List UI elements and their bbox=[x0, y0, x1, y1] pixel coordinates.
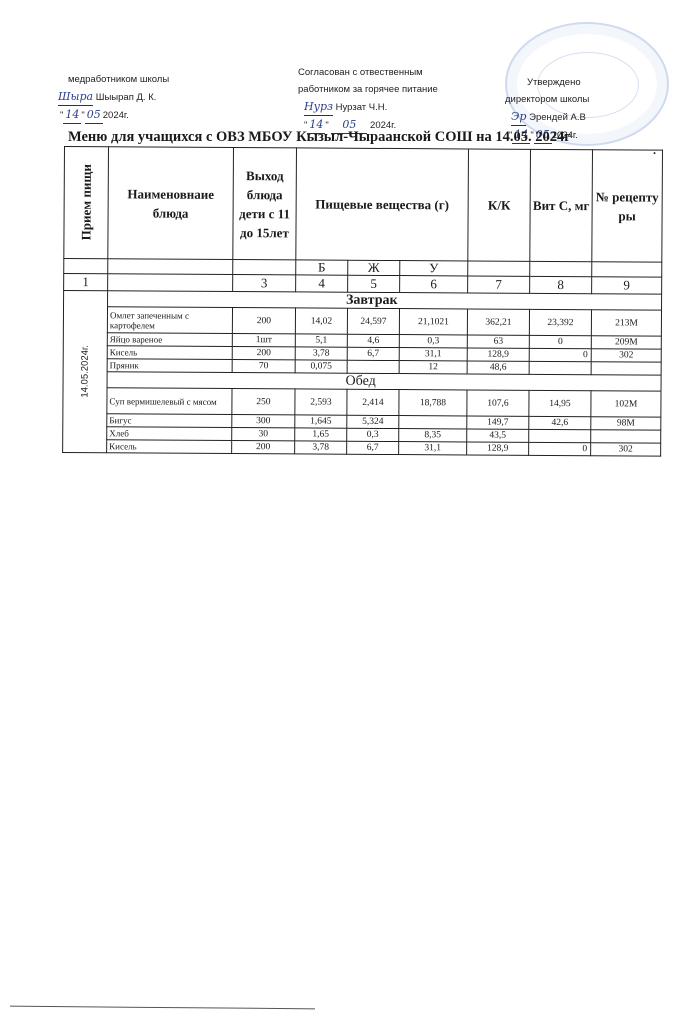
recipe-number: 102М bbox=[591, 391, 661, 417]
portion: 200 bbox=[232, 441, 295, 454]
medic-approval: медработником школы Шыра Шыырап Д. К. "1… bbox=[68, 71, 169, 124]
protein: 14,02 bbox=[295, 308, 347, 334]
kcal: 63 bbox=[467, 335, 529, 348]
page-edge-line bbox=[10, 1006, 315, 1010]
dish-name: Пряник bbox=[107, 359, 232, 373]
portion: 250 bbox=[232, 389, 295, 415]
header-vitc: Вит С, мг bbox=[530, 149, 593, 261]
fat: 24,597 bbox=[347, 308, 399, 334]
column-number: 6 bbox=[400, 276, 468, 293]
carbs: 8,35 bbox=[399, 429, 467, 442]
portion: 30 bbox=[232, 428, 295, 441]
protein: 1,65 bbox=[295, 428, 347, 441]
subheader-fat: Ж bbox=[348, 260, 400, 275]
table-row: Кисель2003,786,731,1128,90302 bbox=[63, 439, 661, 456]
kcal: 48,6 bbox=[467, 361, 529, 374]
document-title: Меню для учащихся с ОВЗ МБОУ Кызыл-Чыраа… bbox=[68, 129, 571, 146]
vitamin-c bbox=[529, 361, 591, 374]
medic-approval-label: медработником школы bbox=[68, 71, 169, 88]
medic-signature: Шыра bbox=[58, 88, 93, 106]
director-name: Эрендей А.В bbox=[529, 112, 586, 123]
portion: 300 bbox=[232, 415, 295, 428]
dish-name: Суп вермишелевый с мясом bbox=[107, 388, 232, 415]
kcal: 43,5 bbox=[467, 429, 529, 442]
protein: 1,645 bbox=[295, 415, 347, 428]
column-number: 4 bbox=[296, 275, 348, 292]
protein: 0,075 bbox=[295, 360, 347, 373]
vitamin-c: 0 bbox=[529, 348, 591, 361]
recipe-number: 302 bbox=[591, 443, 661, 456]
fat: 4,6 bbox=[347, 334, 399, 347]
medic-month: 05 bbox=[85, 106, 103, 124]
recipe-number: 302 bbox=[591, 349, 661, 362]
fat: 6,7 bbox=[347, 441, 399, 454]
portion: 70 bbox=[232, 360, 295, 373]
date-cell: 14.05.2024г. bbox=[63, 291, 108, 453]
medic-day: 14 bbox=[63, 106, 81, 124]
director-signature: Эр bbox=[511, 108, 526, 126]
director-label-1: Утверждено bbox=[527, 74, 589, 91]
recipe-number: 98М bbox=[591, 417, 661, 430]
agreed-label-2: работником за горячее питание bbox=[298, 81, 438, 98]
kcal: 107,6 bbox=[467, 390, 529, 416]
kcal: 128,9 bbox=[467, 348, 529, 361]
column-number: 5 bbox=[348, 275, 400, 292]
subheader-carbs: У bbox=[400, 261, 468, 276]
carbs: 31,1 bbox=[399, 442, 467, 455]
protein: 5,1 bbox=[295, 334, 347, 347]
portion: 200 bbox=[232, 347, 295, 360]
column-number: 1 bbox=[64, 274, 108, 291]
table-row: Омлет запеченным с картофелем20014,0224,… bbox=[63, 307, 661, 337]
protein: 2,593 bbox=[295, 389, 347, 415]
vitamin-c bbox=[529, 429, 591, 442]
header-nutrients: Пищевые вещества (г) bbox=[296, 148, 469, 261]
column-number: 7 bbox=[468, 276, 530, 293]
fat: 6,7 bbox=[347, 347, 399, 360]
dish-name: Бигус bbox=[107, 414, 232, 428]
carbs: 18,788 bbox=[399, 390, 467, 416]
vitamin-c: 23,392 bbox=[529, 309, 591, 335]
menu-table: Прием пищи Наименовнаие блюда Выход блюд… bbox=[62, 146, 663, 457]
column-number: 3 bbox=[233, 275, 296, 292]
director-label-2: директором школы bbox=[505, 91, 589, 108]
carbs: 12 bbox=[399, 361, 467, 374]
table-row: Суп вермишелевый с мясом2502,5932,41418,… bbox=[63, 387, 661, 417]
portion: 200 bbox=[232, 308, 295, 334]
vitamin-c: 0 bbox=[529, 442, 591, 455]
column-number: 8 bbox=[530, 276, 592, 293]
protein: 3,78 bbox=[295, 347, 347, 360]
protein: 3,78 bbox=[295, 441, 347, 454]
portion: 1шт bbox=[232, 334, 295, 347]
header-recipe: № рецепту ры bbox=[592, 150, 663, 262]
header-portion: Выход блюда дети с 11 до 15лет bbox=[233, 148, 297, 260]
recipe-number bbox=[591, 430, 661, 443]
fat: 2,414 bbox=[347, 389, 399, 415]
kcal: 362,21 bbox=[467, 309, 529, 335]
header-kcal: К/К bbox=[468, 149, 531, 261]
dish-name: Хлеб bbox=[107, 427, 232, 441]
agreed-approval: Согласован с отвественным работником за … bbox=[298, 64, 438, 134]
dish-name: Омлет запеченным с картофелем bbox=[107, 307, 232, 334]
header-meal: Прием пищи bbox=[64, 147, 109, 259]
carbs: 0,3 bbox=[399, 335, 467, 348]
vitamin-c: 0 bbox=[529, 335, 591, 348]
subheader-protein: Б bbox=[296, 260, 348, 275]
recipe-number: 213М bbox=[591, 310, 661, 336]
carbs bbox=[399, 416, 467, 429]
vitamin-c: 14,95 bbox=[529, 390, 591, 416]
dish-name: Яйцо вареное bbox=[107, 333, 232, 347]
recipe-number bbox=[591, 362, 661, 375]
fat: 5,324 bbox=[347, 415, 399, 428]
kcal: 128,9 bbox=[467, 442, 529, 455]
column-number: 9 bbox=[592, 277, 662, 294]
medic-name: Шыырап Д. К. bbox=[96, 92, 157, 103]
header-dish: Наименовнаие блюда bbox=[108, 147, 234, 260]
carbs: 31,1 bbox=[399, 348, 467, 361]
agreed-name: Нурзат Ч.Н. bbox=[336, 102, 388, 113]
agreed-signature: Нурз bbox=[304, 98, 333, 116]
fat: 0,3 bbox=[347, 428, 399, 441]
carbs: 21,1021 bbox=[399, 309, 467, 335]
column-number bbox=[108, 274, 233, 292]
recipe-number: 209М bbox=[591, 336, 661, 349]
dish-name: Кисель bbox=[107, 346, 232, 360]
fat bbox=[347, 360, 399, 373]
dish-name: Кисель bbox=[107, 440, 232, 454]
medic-year: 2024г. bbox=[103, 110, 129, 121]
agreed-label-1: Согласован с отвественным bbox=[298, 64, 438, 81]
kcal: 149,7 bbox=[467, 416, 529, 429]
vitamin-c: 42,6 bbox=[529, 416, 591, 429]
